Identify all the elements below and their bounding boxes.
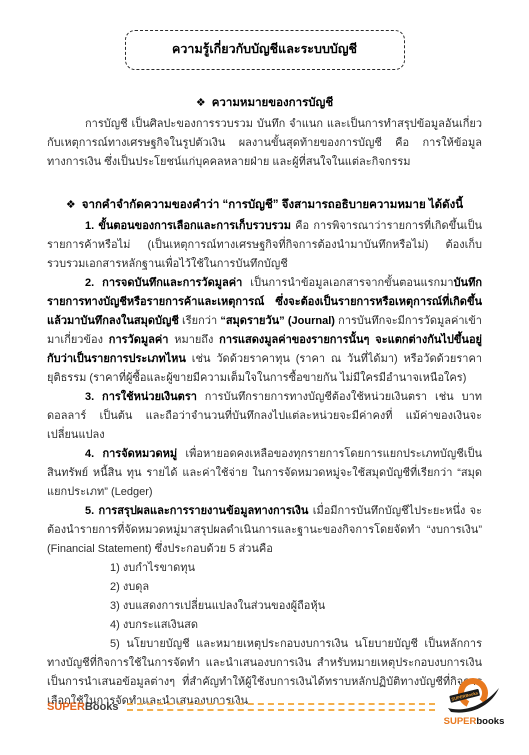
logo-books-text: books [476,716,504,727]
section-heading-definition-text: จากคำจำกัดความของคำว่า “การบัญชี” จึงสาม… [82,199,463,211]
meaning-paragraph: การบัญชี เป็นศิลปะของการรวบรวม บันทึก จำ… [47,115,482,172]
text-segment: เรียกว่า [182,315,220,327]
list-item: 4) งบกระแสเงินสด [47,616,482,635]
definition-item-1: 1. ขั้นตอนของการเลือกและการเก็บรวบรวม คื… [47,217,482,274]
financial-statement-list: 1) งบกำไรขาดทุน 2) งบดุล 3) งบแสดงการเปล… [47,559,482,635]
logo-wordmark: SUPERbooks [444,717,505,727]
superbooks-logo: SUPERBooks SUPERbooks [443,677,505,727]
definition-item-3: 3. การใช้หน่วยเงินตรา การบันทึกรายการทาง… [47,388,482,445]
section-heading-meaning-text: ความหมายของการบัญชี [212,97,333,109]
brand-super-text: SUPER [47,701,85,713]
footer-brand: SUPERBooks [47,701,119,713]
list-item: 3) งบแสดงการเปลี่ยนแปลงในส่วนของผู้ถือหุ… [47,597,482,616]
item-2-lead: 2. การจดบันทึกและการวัดมูลค่า [85,277,250,289]
list-item: 1) งบกำไรขาดทุน [47,559,482,578]
definition-item-4: 4. การจัดหมวดหมู่ เพื่อหายอดคงเหลือของทุ… [47,445,482,502]
logo-super-text: SUPER [444,716,477,727]
page-footer: SUPERBooks SUPERBooks SUPERbooks [47,681,505,733]
section-heading-definition: ❖จากคำจำกัดความของคำว่า “การบัญชี” จึงสา… [47,196,482,215]
item-5-lead: 5. การสรุปผลและการรายงานข้อมูลทางการเงิน [85,505,313,517]
page-title: ความรู้เกี่ยวกับบัญชีและระบบบัญชี [172,42,357,56]
definition-item-5: 5. การสรุปผลและการรายงานข้อมูลทางการเงิน… [47,502,482,559]
item-4-lead: 4. การจัดหมวดหมู่ [85,448,185,460]
page-title-box: ความรู้เกี่ยวกับบัญชีและระบบบัญชี [125,30,405,70]
item-3-lead: 3. การใช้หน่วยเงินตรา [85,391,205,403]
brand-books-text: Books [85,701,119,713]
section-heading-meaning: ❖ความหมายของการบัญชี [47,94,482,113]
item-1-lead: 1. ขั้นตอนของการเลือกและการเก็บรวบรวม [85,220,295,232]
text-segment: เป็นการนำข้อมูลเอกสารจากขั้นตอนแรกมา [250,277,453,289]
list-item: 2) งบดุล [47,578,482,597]
text-segment: หมายถึง [174,334,219,346]
diamond-bullet-icon: ❖ [66,199,76,211]
text-segment-bold: “สมุดรายวัน” (Journal) [220,315,338,327]
superbooks-logo-icon: SUPERBooks [446,677,502,717]
document-page: ความรู้เกี่ยวกับบัญชีและระบบบัญชี ❖ความห… [0,0,529,755]
text-segment-bold: การวัดมูลค่า [109,334,174,346]
diamond-bullet-icon: ❖ [196,97,206,109]
definition-item-2: 2. การจดบันทึกและการวัดมูลค่า เป็นการนำข… [47,274,482,388]
footer-separator-line [127,703,435,711]
